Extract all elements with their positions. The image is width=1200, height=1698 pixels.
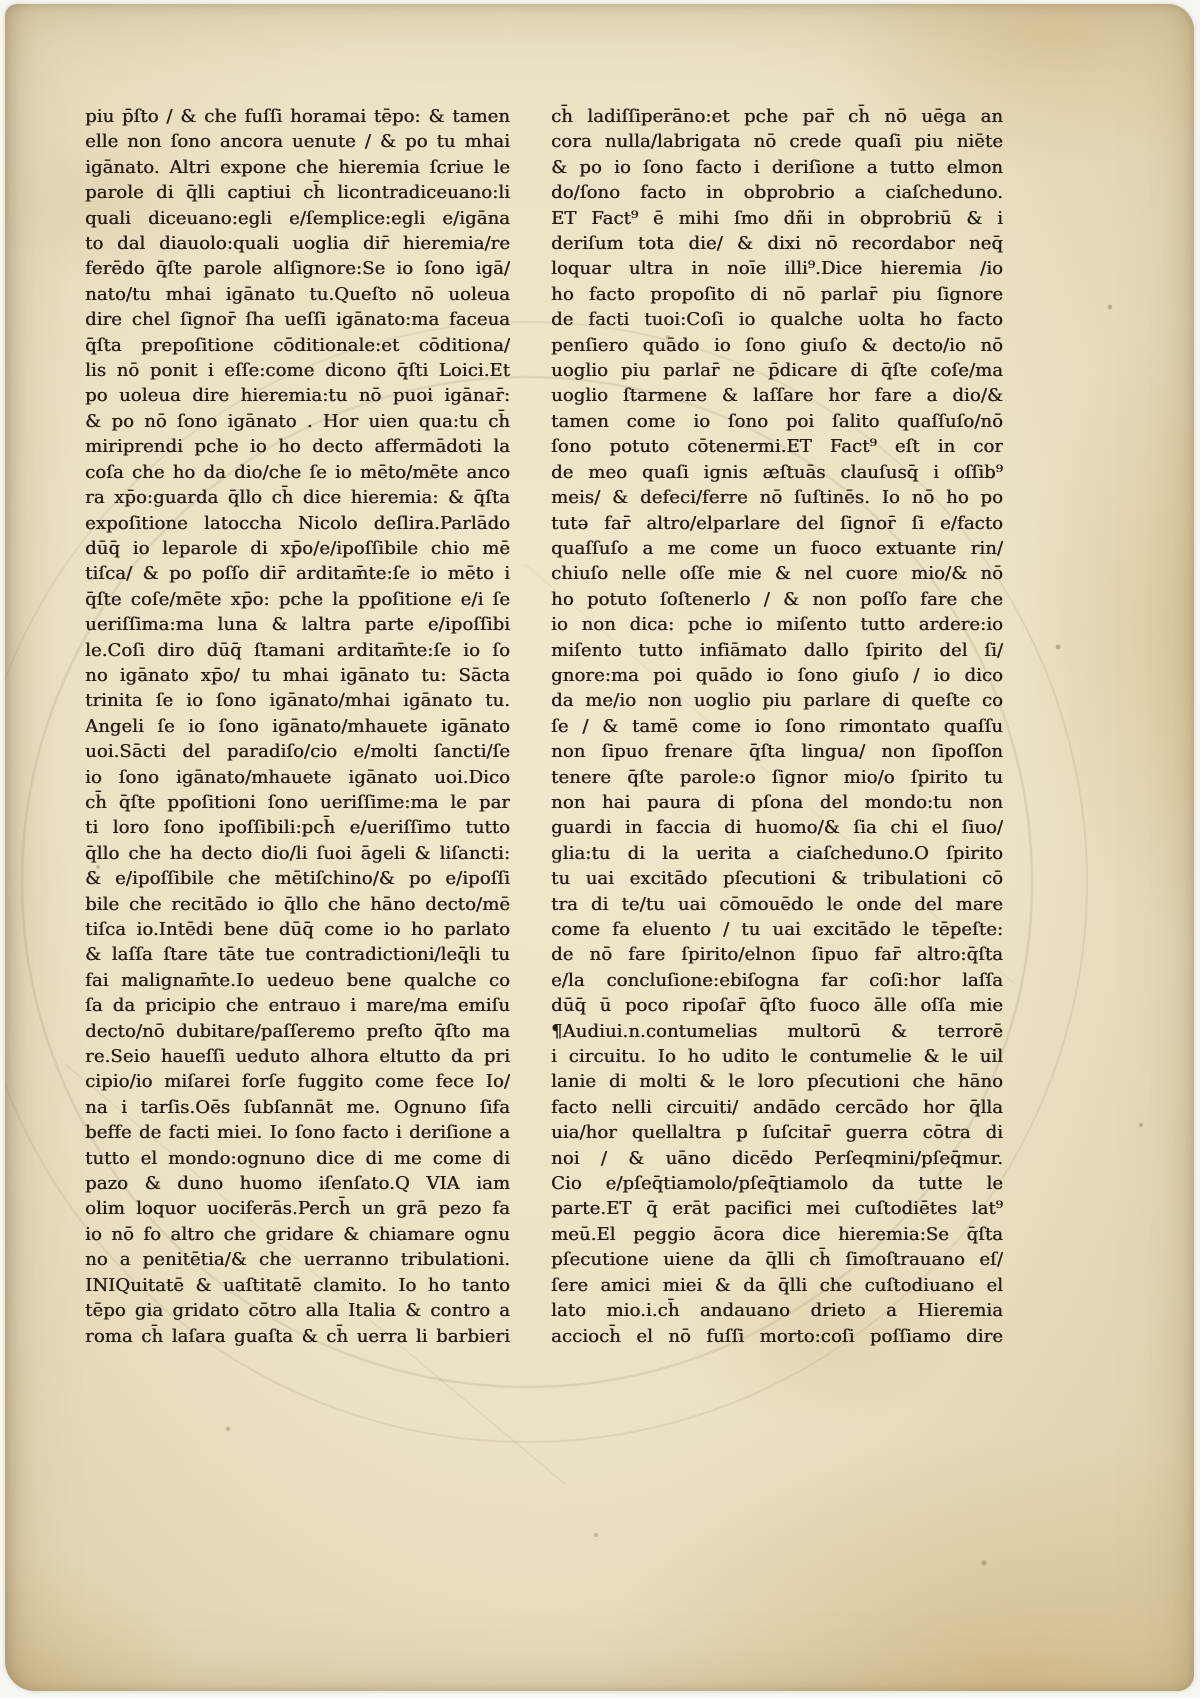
text-line: do/ſono facto in obprobrio a ciaſcheduno… <box>551 180 1003 205</box>
text-line: olim loquor uociferās.Perch̄ un grā pezo… <box>85 1196 510 1221</box>
text-line: to dal diauolo:quali uoglia dir̄ hieremi… <box>85 231 510 256</box>
text-line: ſono potuto cōtenermi.ET Fact⁹ eſt in co… <box>551 434 1003 459</box>
text-line: lato mio.i.ch̄ andauano drieto a Hieremi… <box>551 1298 1003 1323</box>
scanned-book-page: { "colors": { "paper": "#ebe1c4", "paper… <box>0 0 1200 1698</box>
text-line: pſecutione uiene da q̄lli ch̄ ſimoſtraua… <box>551 1247 1003 1272</box>
text-line: ch̄ ladiſſiperāno:et pche par̄ ch̄ nō uē… <box>551 104 1003 129</box>
text-line: no a penitētia/& che uerranno tribulatio… <box>85 1247 510 1272</box>
text-line: tēpo gia gridato cōtro alla Italia & con… <box>85 1298 510 1323</box>
text-line: ſa da pricipio che entrauo i mare/ma emi… <box>85 993 510 1018</box>
text-line: io non dica: pche io miſento tutto arder… <box>551 612 1003 637</box>
text-line: ¶Audiui.n.contumelias multorū & terrorē <box>551 1019 1003 1044</box>
text-line: no igānato xp̄o/ tu mhai igānato tu: Sāc… <box>85 663 510 688</box>
text-line: deriſum tota die/ & dixi nō recordabor n… <box>551 231 1003 256</box>
text-line: facto nelli circuiti/ andādo cercādo hor… <box>551 1095 1003 1120</box>
text-line: & po nō ſono igānato . Hor uien qua:tu c… <box>85 409 510 434</box>
text-line: io nō fo altro che gridare & chiamare og… <box>85 1222 510 1247</box>
text-line: q̄ſte coſe/mēte xp̄o: pche la ppoſitione… <box>85 587 510 612</box>
text-line: decto/nō dubitare/paſſeremo preſto q̄ſto… <box>85 1019 510 1044</box>
text-line: tutə far̄ altro/elparlare del ſignor̄ ſi… <box>551 511 1003 536</box>
text-line: accioch̄ el nō fuſſi morto:coſi poſſiamo… <box>551 1324 1003 1349</box>
text-column-left: piu p̄ſto / & che fuſſi horamai tēpo: & … <box>85 104 510 1349</box>
text-line: & laſſa ſtare tāte tue contradictioni/le… <box>85 942 510 967</box>
text-line: lis nō ponit i eſſe:come dicono q̄ſti Lo… <box>85 358 510 383</box>
text-line: ET Fact⁹ ē mihi ſmo dñi in obprobriū & i <box>551 206 1003 231</box>
text-line: ueriſſima:ma luna & laltra parte e/ipoſſ… <box>85 612 510 637</box>
text-line: po uoleua dire hieremia:tu nō puoi igāna… <box>85 383 510 408</box>
text-line: io ſono igānato/mhauete igānato uoi.Dico <box>85 765 510 790</box>
text-line: q̄ſta prepoſitione cōditionale:et cōditi… <box>85 333 510 358</box>
text-line: glia:tu di la uerita a ciaſcheduno.O ſpi… <box>551 841 1003 866</box>
text-line: ſe / & tamē come io ſono rimontato quaſſ… <box>551 714 1003 739</box>
text-line: de facti tuoi:Coſi io qualche uolta ho f… <box>551 307 1003 332</box>
text-line: roma ch̄ laſara guaſta & ch̄ uerra li ba… <box>85 1324 510 1349</box>
text-line: cipio/io miſarei forſe fuggito come fece… <box>85 1069 510 1094</box>
text-line: meis/ & defeci/ferre nō ſuſtinēs. Io nō … <box>551 485 1003 510</box>
text-line: chiuſo nelle oſſe mie & nel cuore mio/& … <box>551 561 1003 586</box>
text-line: ch̄ q̄ſte ppoſitioni ſono ueriſſime:ma l… <box>85 790 510 815</box>
text-line: i circuitu. Io ho udito le contumelie & … <box>551 1044 1003 1069</box>
text-line: re.Seio haueſſi ueduto alhora eltutto da… <box>85 1044 510 1069</box>
text-line: lanie di molti & le loro pſecutioni che … <box>551 1069 1003 1094</box>
text-line: non hai paura di pſona del mondo:tu non <box>551 790 1003 815</box>
text-line: ho facto propoſito di nō parlar̄ piu ſig… <box>551 282 1003 307</box>
text-line: q̄llo che ha decto dio/li ſuoi āgeli & l… <box>85 841 510 866</box>
text-line: Cio e/pſeq̄tiamolo/pſeq̄tiamolo da tutte… <box>551 1171 1003 1196</box>
text-line: ho potuto ſoſtenerlo / & non poſſo fare … <box>551 587 1003 612</box>
text-line: cora nulla/labrigata nō crede quaſi piu … <box>551 129 1003 154</box>
text-line: coſa che ho da dio/che ſe io mēto/mēte a… <box>85 460 510 485</box>
text-line: tenere q̄ſte parole:o ſignor mio/o ſpiri… <box>551 765 1003 790</box>
text-column-right: ch̄ ladiſſiperāno:et pche par̄ ch̄ nō uē… <box>551 104 1003 1349</box>
book-page-paper: piu p̄ſto / & che fuſſi horamai tēpo: & … <box>5 4 1194 1691</box>
text-line: da me/io non uoglio piu parlare di queſt… <box>551 688 1003 713</box>
text-line: uoi.Sācti del paradiſo/cio e/molti ſanct… <box>85 739 510 764</box>
text-line: ferēdo q̄ſte parole alſignore:Se io ſono… <box>85 256 510 281</box>
text-line: tiſca/ & po poſſo dir̄ arditam̄te:ſe io … <box>85 561 510 586</box>
text-line: gnore:ma poi quādo io ſono giuſo / io di… <box>551 663 1003 688</box>
text-line: INIQuitatē & uaſtitatē clamito. Io ho ta… <box>85 1273 510 1298</box>
text-line: quaſſuſo a me come un fuoco extuante rin… <box>551 536 1003 561</box>
text-line: uia/hor quellaltra p ſuſcitar̄ guerra cō… <box>551 1120 1003 1145</box>
text-line: de nō fare ſpirito/elnon ſipuo far̄ altr… <box>551 942 1003 967</box>
text-line: de meo quaſi ignis æſtuās clauſusq̄ i oſ… <box>551 460 1003 485</box>
paper-specks <box>5 4 7 6</box>
text-line: uoglio ſtarmene & laſſare hor fare a dio… <box>551 383 1003 408</box>
text-line: pazo & duno huomo iſenſato.Q VIA iam <box>85 1171 510 1196</box>
text-line: piu p̄ſto / & che fuſſi horamai tēpo: & … <box>85 104 510 129</box>
text-line: loquar ultra in noīe illi⁹.Dice hieremia… <box>551 256 1003 281</box>
text-line: nato/tu mhai igānato tu.Queſto nō uoleua <box>85 282 510 307</box>
text-line: na i tarſis.Oēs ſubſannāt me. Ognuno ſif… <box>85 1095 510 1120</box>
text-line: dūq̄ ū poco ripoſar̄ q̄ſto fuoco ālle oſ… <box>551 993 1003 1018</box>
text-line: beffe de facti miei. Io ſono facto i der… <box>85 1120 510 1145</box>
text-line: come fa eluento / tu uai excitādo le tēp… <box>551 917 1003 942</box>
text-line: dūq̄ io leparole di xp̄o/e/ipoſſibile ch… <box>85 536 510 561</box>
text-line: ra xp̄o:guarda q̄llo ch̄ dice hieremia: … <box>85 485 510 510</box>
text-line: parte.ET q̄ erāt pacifici mei cuſtodiēte… <box>551 1196 1003 1221</box>
text-line: noi / & uāno dicēdo Perſeqmini/pſeq̄mur. <box>551 1146 1003 1171</box>
text-line: tutto el mondo:ognuno dice di me come di <box>85 1146 510 1171</box>
text-line: & po io ſono facto i deriſione a tutto e… <box>551 155 1003 180</box>
text-line: elle non ſono ancora uenute / & po tu mh… <box>85 129 510 154</box>
text-line: parole di q̄lli captiui ch̄ licontradice… <box>85 180 510 205</box>
text-line: miſento tutto infiāmato dallo ſpirito de… <box>551 638 1003 663</box>
text-line: trinita ſe io ſono igānato/mhai igānato … <box>85 688 510 713</box>
text-line: tra di te/tu uai cōmouēdo le onde del ma… <box>551 892 1003 917</box>
text-line: guardi in faccia di huomo/& ſia chi el ſ… <box>551 815 1003 840</box>
text-line: ſere amici miei & da q̄lli che cuſtodiua… <box>551 1273 1003 1298</box>
text-line: uoglio piu parlar̄ ne p̄dicare di q̄ſte … <box>551 358 1003 383</box>
text-line: & e/ipoſſibile che mētiſchino/& po e/ipo… <box>85 866 510 891</box>
text-line: tiſca io.Intēdi bene dūq̄ come io ho par… <box>85 917 510 942</box>
text-line: le.Coſi diro dūq̄ ſtamani arditam̄te:ſe … <box>85 638 510 663</box>
text-line: expoſitione latoccha Nicolo deſlira.Parl… <box>85 511 510 536</box>
text-line: quali diceuano:egli e/ſemplice:egli e/ig… <box>85 206 510 231</box>
text-line: non ſipuo frenare q̄ſta lingua/ non ſipo… <box>551 739 1003 764</box>
text-line: tu uai excitādo pſecutioni & tribulation… <box>551 866 1003 891</box>
text-line: igānato. Altri expone che hieremia ſcriu… <box>85 155 510 180</box>
text-line: dire chel ſignor̄ ſha ueſſi igānato:ma f… <box>85 307 510 332</box>
text-line: penſiero quādo io ſono giuſo & decto/io … <box>551 333 1003 358</box>
text-line: meū.El peggio ācora dice hieremia:Se q̄ſ… <box>551 1222 1003 1247</box>
text-line: bile che recitādo io q̄llo che hāno dect… <box>85 892 510 917</box>
text-line: miriprendi pche io ho decto affermādoti … <box>85 434 510 459</box>
text-line: e/la concluſione:ebiſogna far coſi:hor l… <box>551 968 1003 993</box>
text-line: tamen come io ſono poi ſalito quaſſuſo/n… <box>551 409 1003 434</box>
text-line: ti loro ſono ipoſſibili:pch̄ e/ueriſſimo… <box>85 815 510 840</box>
text-line: Angeli ſe io ſono igānato/mhauete igānat… <box>85 714 510 739</box>
text-line: fai malignam̄te.Io uedeuo bene qualche c… <box>85 968 510 993</box>
